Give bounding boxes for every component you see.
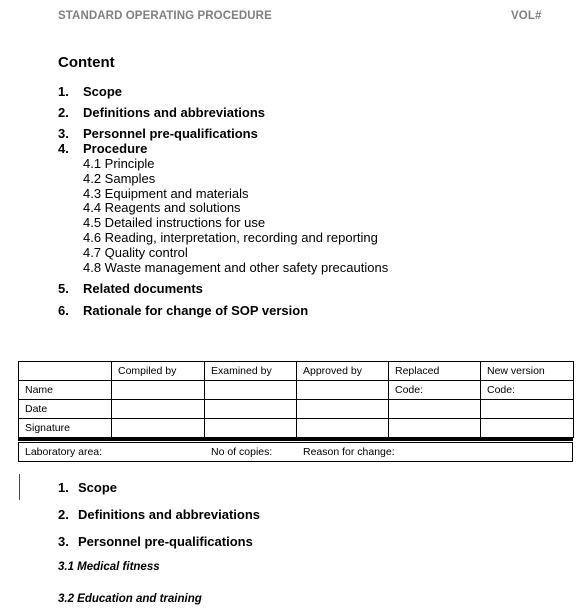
copies-label: No of copies:	[211, 446, 272, 458]
table-cell[interactable]	[205, 419, 297, 438]
section-heading-personnel: 3.Personnel pre-qualifications	[58, 534, 253, 549]
doc-header-volume: VOL#	[511, 10, 541, 22]
table-header-new-version: New version	[481, 362, 574, 381]
table-row: Signature	[19, 419, 574, 438]
toc-subitem-reagents[interactable]: 4.4 Reagents and solutions	[83, 200, 241, 215]
toc-item-definitions[interactable]: 2.Definitions and abbreviations	[58, 105, 265, 120]
toc-subitem-equipment[interactable]: 4.3 Equipment and materials	[83, 186, 248, 201]
table-cell[interactable]	[389, 400, 481, 419]
section-number: 2.	[58, 507, 78, 522]
table-header-approved-by: Approved by	[297, 362, 389, 381]
toc-number: 6.	[58, 303, 83, 318]
laboratory-area-label: Laboratory area:	[25, 446, 102, 458]
section-number: 1.	[58, 480, 78, 495]
table-header-replaced: Replaced	[389, 362, 481, 381]
subsection-medical-fitness: 3.1 Medical fitness	[58, 561, 160, 573]
table-cell[interactable]	[112, 381, 205, 400]
text-cursor	[19, 474, 20, 500]
table-row: Date	[19, 400, 574, 419]
section-label: Scope	[78, 480, 117, 495]
toc-number: 4.	[58, 141, 83, 156]
toc-label: Rationale for change of SOP version	[83, 303, 308, 318]
toc-item-personnel[interactable]: 3.Personnel pre-qualifications	[58, 126, 258, 141]
toc-item-scope[interactable]: 1.Scope	[58, 84, 122, 99]
content-heading: Content	[58, 54, 115, 71]
toc-label: Definitions and abbreviations	[83, 105, 265, 120]
section-label: Personnel pre-qualifications	[78, 534, 253, 549]
table-footer-row: Laboratory area: No of copies: Reason fo…	[18, 437, 573, 460]
toc-subitem-reading[interactable]: 4.6 Reading, interpretation, recording a…	[83, 230, 378, 245]
toc-label: Related documents	[83, 281, 203, 296]
toc-number: 1.	[58, 84, 83, 99]
table-cell[interactable]	[389, 419, 481, 438]
section-heading-definitions: 2.Definitions and abbreviations	[58, 507, 260, 522]
signature-table: Compiled by Examined by Approved by Repl…	[18, 361, 574, 438]
table-cell[interactable]	[205, 381, 297, 400]
table-header-examined-by: Examined by	[205, 362, 297, 381]
subsection-education-training: 3.2 Education and training	[58, 593, 202, 605]
row-label-date: Date	[19, 400, 112, 419]
row-label-name: Name	[19, 381, 112, 400]
table-footer-cell[interactable]: Laboratory area: No of copies: Reason fo…	[18, 442, 573, 462]
table-cell[interactable]: Code:	[481, 381, 574, 400]
table-header-compiled-by: Compiled by	[112, 362, 205, 381]
table-cell[interactable]	[481, 419, 574, 438]
table-cell[interactable]: Code:	[389, 381, 481, 400]
table-cell[interactable]	[481, 400, 574, 419]
toc-subitem-principle[interactable]: 4.1 Principle	[83, 156, 155, 171]
table-cell[interactable]	[297, 419, 389, 438]
toc-subitem-quality[interactable]: 4.7 Quality control	[83, 245, 188, 260]
toc-subitem-samples[interactable]: 4.2 Samples	[83, 171, 155, 186]
table-cell[interactable]	[205, 400, 297, 419]
section-number: 3.	[58, 534, 78, 549]
toc-item-related-documents[interactable]: 5.Related documents	[58, 281, 203, 296]
table-cell[interactable]	[112, 400, 205, 419]
toc-label: Procedure	[83, 141, 147, 156]
row-label-signature: Signature	[19, 419, 112, 438]
table-header-row: Compiled by Examined by Approved by Repl…	[19, 362, 574, 381]
section-label: Definitions and abbreviations	[78, 507, 260, 522]
doc-header-title: STANDARD OPERATING PROCEDURE	[58, 10, 272, 22]
toc-number: 5.	[58, 281, 83, 296]
table-cell[interactable]	[112, 419, 205, 438]
toc-number: 2.	[58, 105, 83, 120]
toc-subitem-waste[interactable]: 4.8 Waste management and other safety pr…	[83, 260, 388, 275]
toc-item-procedure[interactable]: 4.Procedure	[58, 141, 147, 156]
toc-item-rationale[interactable]: 6.Rationale for change of SOP version	[58, 303, 308, 318]
table-row: Name Code: Code:	[19, 381, 574, 400]
table-header-cell	[19, 362, 112, 381]
table-cell[interactable]	[297, 381, 389, 400]
toc-number: 3.	[58, 126, 83, 141]
reason-label: Reason for change:	[303, 446, 395, 458]
toc-label: Personnel pre-qualifications	[83, 126, 258, 141]
toc-label: Scope	[83, 84, 122, 99]
table-cell[interactable]	[297, 400, 389, 419]
section-heading-scope: 1.Scope	[58, 480, 117, 495]
toc-subitem-instructions[interactable]: 4.5 Detailed instructions for use	[83, 215, 265, 230]
